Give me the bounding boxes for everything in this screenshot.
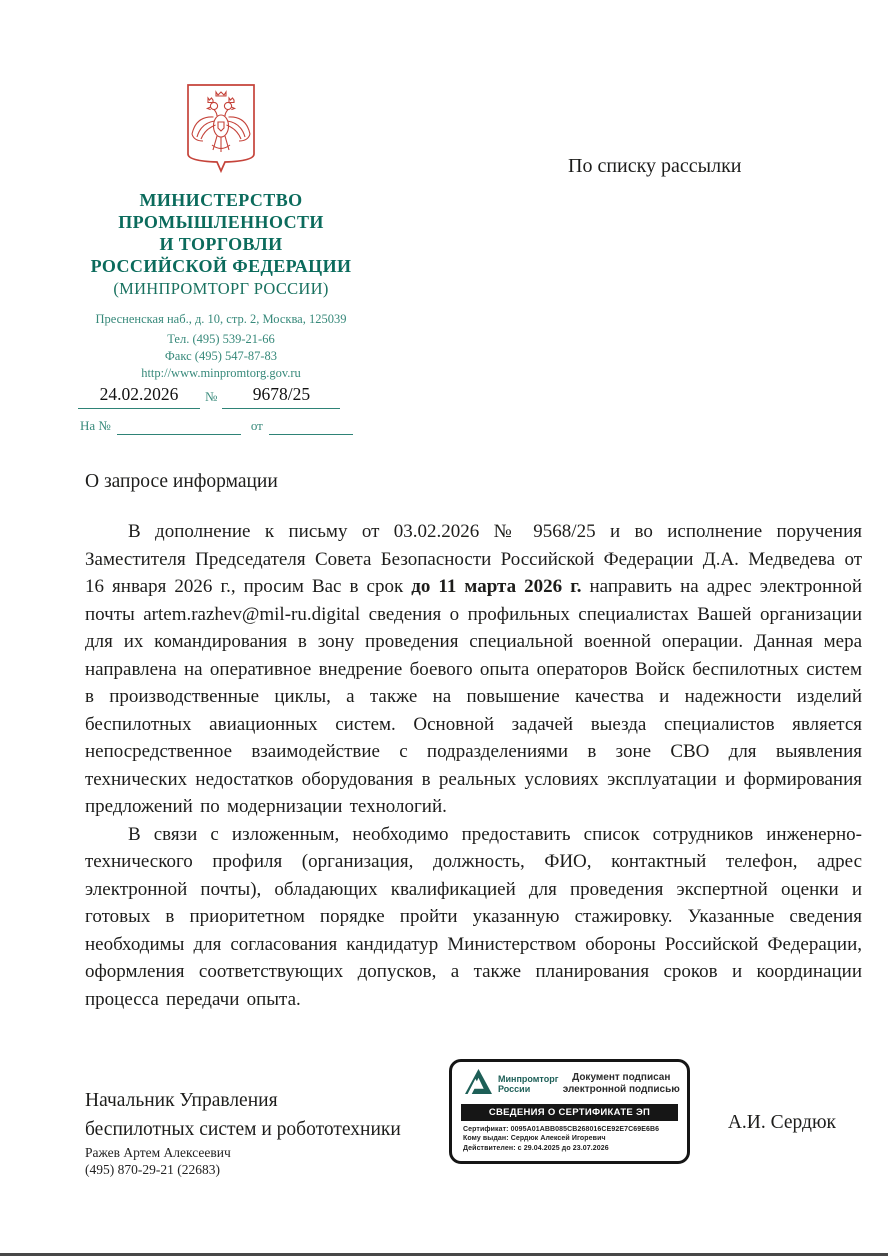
ref-number-blank (117, 419, 241, 435)
phone-line: Тел. (495) 539-21-66 (75, 331, 367, 348)
executor-contact: Ражев Артем Алексеевич (495) 870-29-21 (… (85, 1144, 231, 1178)
paragraph-1-deadline-bold: до 11 марта 2026 г. (411, 576, 581, 597)
ministry-name: МИНИСТЕРСТВО ПРОМЫШЛЕННОСТИ И ТОРГОВЛИ Р… (75, 189, 367, 277)
stamp-signed-text: Документ подписан электронной подписью (558, 1072, 680, 1096)
signer-position-line: Начальник Управления (85, 1086, 401, 1115)
paragraph-2: В связи с изложенным, необходимо предост… (85, 821, 862, 1014)
stamp-certificate-details: Сертификат: 0095A01ABB085CB268016CE92E7C… (452, 1121, 687, 1154)
e-signature-stamp: Минпромторг России Документ подписан эле… (449, 1059, 690, 1164)
stamp-certificate-header: СВЕДЕНИЯ О СЕРТИФИКАТЕ ЭП (461, 1104, 678, 1121)
ministry-name-line: И ТОРГОВЛИ (75, 233, 367, 255)
letterhead: МИНИСТЕРСТВО ПРОМЫШЛЕННОСТИ И ТОРГОВЛИ Р… (75, 82, 367, 382)
subject-line: О запросе информации (85, 471, 278, 493)
recipient-line: По списку рассылки (568, 155, 742, 178)
executor-phone: (495) 870-29-21 (22683) (85, 1161, 231, 1178)
paragraph-1-post: направить на адрес электронной почты art… (85, 576, 862, 817)
fax-line: Факс (495) 547-87-83 (75, 348, 367, 365)
ref-from-label: от (241, 418, 269, 435)
signer-position-line: беспилотных систем и робототехники (85, 1115, 401, 1144)
reference-row: На № от (80, 417, 353, 435)
ref-date-blank (269, 419, 353, 435)
ref-number-label: На № (80, 418, 117, 435)
letter-number: 9678/25 (222, 384, 340, 409)
coat-of-arms-eagle-icon (181, 82, 261, 183)
number-sign-label: № (200, 389, 222, 409)
postal-address: Пресненская наб., д. 10, стр. 2, Москва,… (75, 311, 367, 327)
stamp-signed-line: Документ подписан (562, 1072, 680, 1084)
stamp-signed-line: электронной подписью (562, 1084, 680, 1096)
stamp-cert-number: Сертификат: 0095A01ABB085CB268016CE92E7C… (463, 1125, 681, 1135)
stamp-org-line: Минпромторг (498, 1074, 558, 1084)
stamp-issued-to: Кому выдан: Сердюк Алексей Игоревич (463, 1134, 681, 1144)
executor-name: Ражев Артем Алексеевич (85, 1144, 231, 1161)
stamp-org-line: России (498, 1084, 558, 1094)
signer-name: А.И. Сердюк (698, 1112, 836, 1134)
paragraph-1: В дополнение к письму от 03.02.2026 № 95… (85, 518, 862, 821)
ministry-name-line: РОССИЙСКОЙ ФЕДЕРАЦИИ (75, 255, 367, 277)
ministry-short-name: (МИНПРОМТОРГ РОССИИ) (75, 277, 367, 300)
stamp-validity: Действителен: с 29.04.2025 до 23.07.2026 (463, 1144, 681, 1154)
date-number-row: 24.02.2026 № 9678/25 (78, 384, 348, 409)
ministry-name-line: ПРОМЫШЛЕННОСТИ (75, 211, 367, 233)
website-line: http://www.minpromtorg.gov.ru (75, 365, 367, 382)
stamp-org-name: Минпромторг России (498, 1074, 558, 1094)
minpromtorg-logo-icon (465, 1069, 492, 1099)
letter-date: 24.02.2026 (78, 384, 200, 409)
letter-body: В дополнение к письму от 03.02.2026 № 95… (85, 518, 862, 1013)
ministry-name-line: МИНИСТЕРСТВО (75, 189, 367, 211)
scanned-letter-page: { "colors": { "teal_dark": "#0b6b5c", "t… (0, 0, 888, 1256)
signer-position: Начальник Управления беспилотных систем … (85, 1086, 401, 1144)
